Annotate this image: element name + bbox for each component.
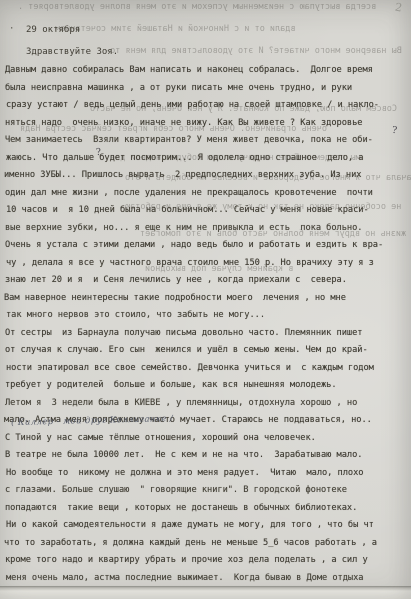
letter-date: 29 октября	[26, 25, 80, 35]
letter-line: няться надо очень низко, иначе не вижу. …	[5, 115, 408, 133]
letter-line: Ни о какой самодеятельности я даже думат…	[6, 517, 409, 535]
letter-line: была неисправна машинка , а от руки писа…	[5, 80, 408, 98]
letter-line: с глазами. Больше слушаю " говорящие кни…	[5, 482, 408, 500]
handwritten-question-mark: ?	[96, 147, 102, 158]
letter-line: жаюсь. Что дальше будет посмотрим... Я о…	[6, 150, 409, 168]
paper-edge-strip	[0, 586, 411, 599]
bleedthrough-line: Вы наверное много читаете? И это удоволь…	[105, 46, 402, 56]
letter-line: В театре не была 10000 лет. Не с кем и н…	[5, 447, 408, 465]
letter-line: сразу устают / ведь целый день ими работ…	[6, 97, 409, 115]
letter-line: вые верхние зубки, но... я еще к ним не …	[5, 220, 408, 238]
letter-line: С Тиной у нас самые тёплые отношения, хо…	[5, 430, 408, 448]
stray-ink-dot: ·	[9, 24, 14, 34]
letter-line: чу , делала я все у частного врача стоил…	[6, 255, 409, 273]
letter-line: Давным давно собиралась Вам написать и н…	[5, 62, 408, 80]
letter-line: что то заработать, я должна каждый день …	[4, 535, 407, 553]
letter-line: Летом я 3 недели была в КИЕВЕ , у племян…	[5, 395, 408, 413]
letter-line: Очень я устала с этими делами , надо вед…	[5, 237, 408, 255]
letter-line: Чем занимаетесь Взяли квартирантов? У ме…	[5, 132, 408, 150]
page-number: 2	[394, 0, 404, 14]
letter-greeting: Здравствуйте Зоя.	[26, 47, 118, 57]
letter-body: Давным давно собиралась Вам написать и н…	[5, 62, 408, 587]
letter-line: именно ЗУБЫ... Пришлось вырвать 2 предпо…	[4, 167, 407, 185]
bleedthrough-line: вдали от и с Ниночкой и Наташей этим соч…	[55, 24, 296, 34]
letter-line: ности эпатировал все свое семейство. Дев…	[6, 360, 409, 378]
letter-line: так много нервов это стоило, что забыть …	[6, 307, 409, 325]
letter-scan-page: всегда выступаю с неизменным успехом и э…	[0, 0, 411, 599]
letter-line: кроме того надо и квартиру убрать и проч…	[5, 552, 408, 570]
letter-line: От сестры из Барнаула получаю письма дов…	[5, 325, 408, 343]
letter-line: Но вообще то никому не должна и это меня…	[6, 465, 409, 483]
letter-line: 10 часов и я 10 дней была на больничном.…	[6, 202, 409, 220]
letter-line: от случая к случаю. Его сын женился и уш…	[5, 342, 408, 360]
letter-line: меня очень мало, астма последние выжимае…	[6, 570, 409, 588]
letter-line: один дал мне жизни , после удаления не п…	[5, 185, 408, 203]
letter-line: знаю лет 20 и я и Сеня лечились у нее , …	[5, 272, 408, 290]
letter-line: Вам наверное неинтересны такие подробнос…	[4, 290, 407, 308]
letter-line: требует у родителей больше и больше, как…	[5, 377, 408, 395]
bleedthrough-line: всегда выступаю с неизменным успехом и э…	[18, 2, 376, 12]
letter-line: попадаются такие вещи , которых не доста…	[5, 500, 408, 518]
